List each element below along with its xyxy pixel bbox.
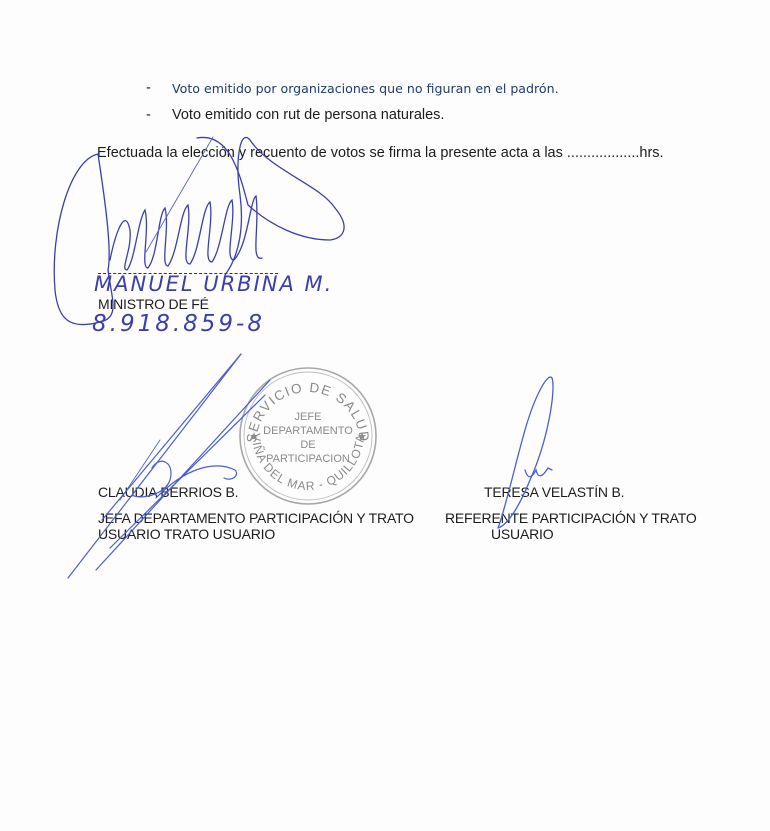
bullet-text: Voto emitido por organizaciones que no f… (172, 81, 559, 96)
stamp-ring-top-text: SERVICIO DE SALUD (244, 380, 372, 444)
signature-teresa-velastin (498, 377, 553, 528)
claudia-title-line1: JEFA DEPARTAMENTO PARTICIPACIÓN Y TRATO (98, 510, 414, 526)
stamp-ring-bottom-text: VIÑA DEL MAR - QUILLOTA (249, 433, 367, 493)
svg-text:VIÑA DEL MAR - QUILLOTA: VIÑA DEL MAR - QUILLOTA (249, 433, 367, 493)
star-icon: ★ (357, 431, 367, 443)
bullet-text: Voto emitido con rut de persona naturale… (172, 107, 444, 123)
document-page: - Voto emitido por organizaciones que no… (0, 0, 770, 831)
teresa-title-line2: USUARIO (491, 526, 553, 542)
stamp-center-line: DE (300, 439, 315, 451)
stamp-center-line: JEFE (295, 411, 322, 423)
claudia-name-label: CLAUDIA BERRIOS B. (98, 484, 238, 500)
bullet-marker: - (146, 80, 151, 96)
signature-line (98, 273, 278, 274)
teresa-name-label: TERESA VELASTÍN B. (484, 484, 624, 500)
claudia-title-line2: USUARIO TRATO USUARIO (98, 526, 275, 542)
bullet-marker: - (146, 107, 151, 123)
signature-claudia-berrios (68, 354, 270, 578)
official-stamp: SERVICIO DE SALUD VIÑA DEL MAR - QUILLOT… (240, 368, 376, 504)
stamp-center-line: PARTICIPACION (266, 453, 350, 465)
stamp-center-line: DEPARTAMENTO (263, 425, 353, 437)
star-icon: ★ (249, 431, 259, 443)
handwriting-overlay: MANUEL URBINA M. 8.918.859-8 SERVICIO DE… (0, 0, 770, 831)
teresa-title-line1: REFERENTE PARTICIPACIÓN Y TRATO (445, 510, 697, 526)
handwritten-name: MANUEL URBINA M. (94, 272, 333, 296)
svg-text:SERVICIO DE SALUD: SERVICIO DE SALUD (244, 380, 372, 444)
closing-statement: Efectuada la elección y recuento de voto… (97, 145, 664, 161)
ministro-role-label: MINISTRO DE FÉ (98, 296, 209, 312)
handwritten-rut: 8.918.859-8 (92, 311, 265, 337)
